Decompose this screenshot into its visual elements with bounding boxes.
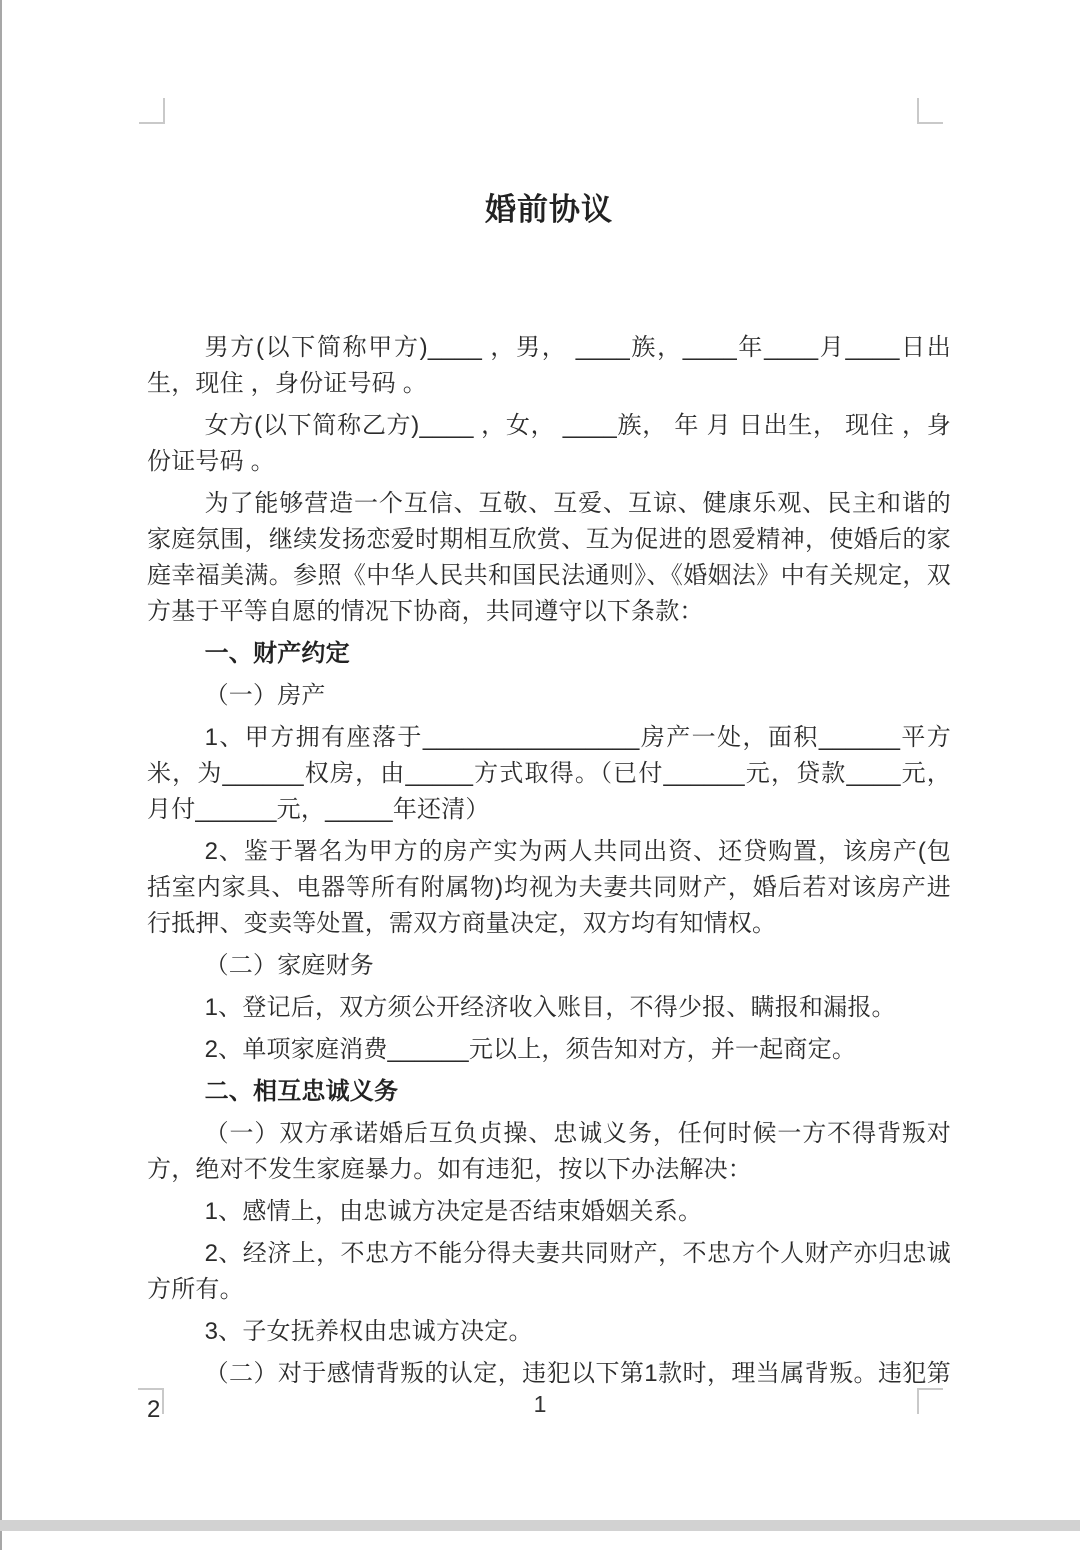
- paragraph-preamble: 为了能够营造一个互信、互敬、互爱、互谅、健康乐观、民主和谐的家庭氛围，继续发扬恋…: [147, 486, 951, 630]
- page-number: 1: [0, 1390, 1080, 1418]
- text-boundary-mark-top-left: [139, 98, 165, 124]
- paragraph-house-ownership: 1、甲方拥有座落于________________房产一处，面积______平方…: [147, 720, 951, 828]
- paragraph-finance-disclosure: 1、登记后，双方须公开经济收入账目，不得少报、瞒报和漏报。: [147, 990, 951, 1026]
- paragraph-party-b-info: 女方(以下简称乙方)____ ，女， ____族， 年 月 日出生， 现住 ，身…: [147, 408, 951, 480]
- paragraph-single-expense: 2、单项家庭消费______元以上，须告知对方，并一起商定。: [147, 1032, 951, 1068]
- paragraph-loyalty-promise: （一）双方承诺婚后互负贞操、忠诚义务，任何时候一方不得背叛对方，绝对不发生家庭暴…: [147, 1116, 951, 1188]
- subheading-2-family-finance: （二）家庭财务: [147, 948, 951, 984]
- paragraph-joint-property: 2、鉴于署名为甲方的房产实为两人共同出资、还贷购置，该房产(包括室内家具、电器等…: [147, 834, 951, 942]
- paragraph-economic-clause: 2、经济上，不忠方不能分得夫妻共同财产，不忠方个人财产亦归忠诚方所有。: [147, 1236, 951, 1308]
- page-separator-bar: [0, 1520, 1080, 1531]
- page-left-edge: [0, 0, 2, 1550]
- text-boundary-mark-top-right: [917, 98, 943, 124]
- subheading-1-house: （一）房产: [147, 678, 951, 714]
- document-title: 婚前协议: [147, 190, 951, 230]
- document-page: 婚前协议 男方(以下简称甲方)____ ，男， ____族，____年____月…: [0, 0, 1080, 1550]
- heading-section-2-loyalty: 二、相互忠诚义务: [147, 1074, 951, 1110]
- document-body: 婚前协议 男方(以下简称甲方)____ ，男， ____族，____年____月…: [147, 190, 951, 1428]
- paragraph-party-a-info: 男方(以下简称甲方)____ ，男， ____族，____年____月____日…: [147, 330, 951, 402]
- heading-section-1-property: 一、财产约定: [147, 636, 951, 672]
- paragraph-emotional-clause: 1、感情上，由忠诚方决定是否结束婚姻关系。: [147, 1194, 951, 1230]
- paragraph-custody-clause: 3、子女抚养权由忠诚方决定。: [147, 1314, 951, 1350]
